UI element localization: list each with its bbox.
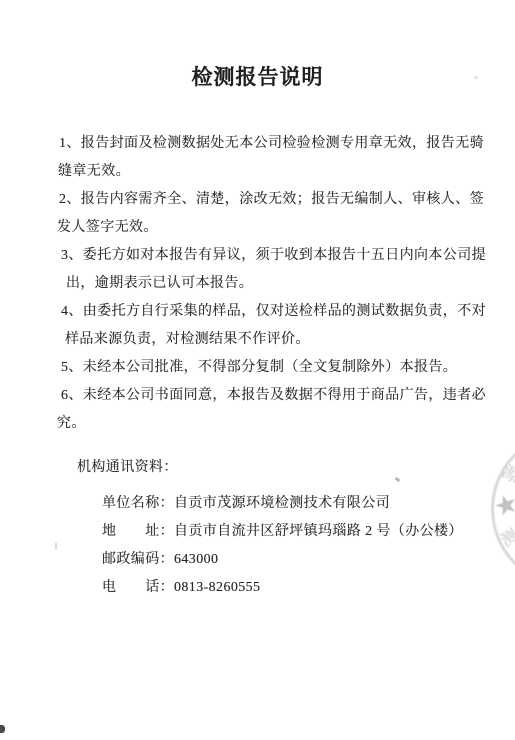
note-line-1a: 1、报告封面及检测数据处无本公司检验检测专用章无效，报告无骑 bbox=[59, 130, 515, 158]
document-page: 检测报告说明 1、报告封面及检测数据处无本公司检验检测专用章无效，报告无骑 缝章… bbox=[0, 0, 515, 740]
note-line-5: 5、未经本公司批准，不得部分复制（全文复制除外）本报告。 bbox=[61, 354, 515, 382]
page-title: 检测报告说明 bbox=[0, 64, 515, 90]
report-notes: 1、报告封面及检测数据处无本公司检验检测专用章无效，报告无骑 缝章无效。 2、报… bbox=[0, 130, 515, 438]
scan-speck-corner bbox=[0, 725, 5, 733]
contact-row-phone: 电 话：0813-8260555 bbox=[102, 574, 515, 602]
postcode-label: 邮政编码： bbox=[102, 546, 174, 574]
scanned-report-page: { "document": { "title": "检测报告说明", "note… bbox=[0, 0, 515, 740]
scan-speck bbox=[55, 543, 57, 549]
phone-label: 电 话： bbox=[102, 574, 174, 602]
contact-info-section: 机构通讯资料： 单位名称：自贡市茂源环境检测技术有限公司 地 址：自贡市自流井区… bbox=[0, 458, 515, 602]
scan-speck bbox=[474, 76, 478, 79]
note-line-6b: 究。 bbox=[57, 410, 515, 438]
note-line-4a: 4、由委托方自行采集的样品，仅对送检样品的测试数据负责，不对 bbox=[61, 298, 515, 326]
contact-row-company: 单位名称：自贡市茂源环境检测技术有限公司 bbox=[102, 490, 515, 518]
note-line-3b: 出，逾期表示已认可本报告。 bbox=[66, 270, 515, 298]
address-label: 地 址： bbox=[102, 518, 174, 546]
note-line-4b: 样品来源负责，对检测结果不作评价。 bbox=[65, 326, 515, 354]
note-line-2a: 2、报告内容需齐全、清楚，涂改无效；报告无编制人、审核人、签 bbox=[59, 186, 515, 214]
contact-row-address: 地 址：自贡市自流井区舒坪镇玛瑙路 2 号（办公楼） bbox=[102, 518, 515, 546]
company-name-label: 单位名称： bbox=[102, 490, 174, 518]
address-value: 自贡市自流井区舒坪镇玛瑙路 2 号（办公楼） bbox=[174, 524, 463, 539]
note-line-1b: 缝章无效。 bbox=[58, 158, 515, 186]
note-line-2b: 发人签字无效。 bbox=[57, 214, 515, 242]
seal-star-icon: ★ bbox=[490, 487, 515, 524]
phone-value: 0813-8260555 bbox=[174, 580, 260, 595]
note-line-6a: 6、未经本公司书面同意，本报告及数据不得用于商品广告，违者必 bbox=[61, 382, 515, 410]
company-name-value: 自贡市茂源环境检测技术有限公司 bbox=[174, 496, 390, 511]
contact-header: 机构通讯资料： bbox=[77, 458, 515, 478]
contact-rows: 单位名称：自贡市茂源环境检测技术有限公司 地 址：自贡市自流井区舒坪镇玛瑙路 2… bbox=[0, 490, 515, 602]
note-line-3a: 3、委托方如对本报告有异议，须于收到本报告十五日内向本公司提 bbox=[61, 242, 515, 270]
postcode-value: 643000 bbox=[174, 552, 218, 567]
contact-row-postcode: 邮政编码：643000 bbox=[102, 546, 515, 574]
